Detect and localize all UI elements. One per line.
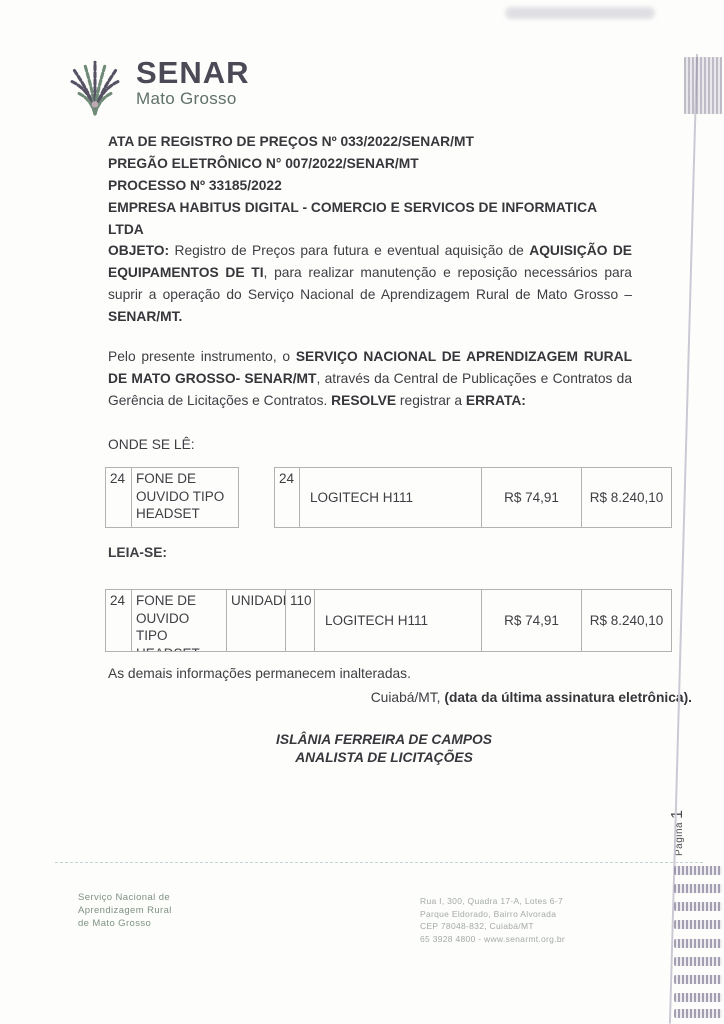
place-date-line: Cuiabá/MT, (data da última assinatura el… xyxy=(108,690,692,705)
scan-corner-texture xyxy=(684,57,722,114)
scan-edge-mark xyxy=(674,884,722,893)
scan-edge-mark xyxy=(674,902,722,911)
leia-item-cell: 24 xyxy=(105,589,132,652)
logo-brand-text: SENAR xyxy=(136,58,250,88)
scan-edge-mark xyxy=(674,866,722,875)
leia-quantity-cell: 110 xyxy=(285,589,315,652)
leia-description-cell: FONE DE OUVIDO TIPO HEADSET xyxy=(131,589,227,652)
scan-edge-mark xyxy=(674,957,722,966)
scan-edge-mark xyxy=(674,920,722,929)
scan-edge-mark xyxy=(674,1009,722,1018)
scan-edge-mark xyxy=(674,975,722,984)
onde-unit-price-cell: R$ 74,91 xyxy=(481,467,582,528)
heading-processo: PROCESSO Nº 33185/2022 xyxy=(108,175,632,197)
heading-pregao: PREGÃO ELETRÔNICO N° 007/2022/SENAR/MT xyxy=(108,153,632,175)
footer-address: Rua I, 300, Quadra 17-A, Lotes 6-7 Parqu… xyxy=(420,895,565,945)
signer-name: ISLÂNIA FERREIRA DE CAMPOS xyxy=(108,731,660,749)
onde-se-le-table: 24 FONE DE OUVIDO TIPO HEADSET 24 LOGITE… xyxy=(105,467,672,528)
leia-brand-cell: LOGITECH H111 xyxy=(314,589,482,652)
leia-se-table: 24 FONE DE OUVIDO TIPO HEADSET UNIDADE 1… xyxy=(105,589,672,652)
heading-ata: ATA DE REGISTRO DE PREÇOS Nº 033/2022/SE… xyxy=(108,131,632,153)
scan-edge-mark xyxy=(674,939,722,948)
page-indicator-number: 1 xyxy=(669,810,687,819)
heading-empresa: EMPRESA HABITUS DIGITAL - COMERCIO E SER… xyxy=(108,197,632,241)
leia-se-label: LEIA-SE: xyxy=(108,545,167,560)
objeto-label: OBJETO: xyxy=(108,243,169,258)
logo-region-text: Mato Grosso xyxy=(136,89,250,108)
objeto-paragraph: OBJETO: Registro de Preços para futura e… xyxy=(108,240,632,328)
onde-total-price-cell: R$ 8.240,10 xyxy=(581,467,672,528)
signer-role: ANALISTA DE LICITAÇÕES xyxy=(108,749,660,767)
scan-page-edge-line xyxy=(669,54,698,1024)
onde-item-cell: 24 xyxy=(105,467,132,528)
leia-unit-cell: UNIDADE xyxy=(226,589,286,652)
onde-quantity-cell: 24 xyxy=(274,467,300,528)
page-indicator: Página 1 xyxy=(669,803,687,863)
document-heading: ATA DE REGISTRO DE PREÇOS Nº 033/2022/SE… xyxy=(108,131,632,241)
footer-separator-line xyxy=(55,862,703,863)
leia-total-price-cell: R$ 8.240,10 xyxy=(581,589,672,652)
unchanged-note: As demais informações permanecem inalter… xyxy=(108,666,411,681)
onde-unit-cell-empty xyxy=(238,467,275,528)
preamble-paragraph: Pelo presente instrumento, o SERVIÇO NAC… xyxy=(108,346,632,412)
footer-organization: Serviço Nacional de Aprendizagem Rural d… xyxy=(78,891,172,930)
senar-wheat-icon xyxy=(58,54,132,120)
leia-unit-price-cell: R$ 74,91 xyxy=(481,589,582,652)
scan-edge-mark xyxy=(674,993,722,1002)
onde-description-cell: FONE DE OUVIDO TIPO HEADSET xyxy=(131,467,239,528)
scan-smudge xyxy=(505,7,655,19)
onde-brand-cell: LOGITECH H111 xyxy=(299,467,482,528)
onde-se-le-label: ONDE SE LÊ: xyxy=(108,437,195,452)
senar-logo: SENAR Mato Grosso xyxy=(58,54,250,120)
signature-block: ISLÂNIA FERREIRA DE CAMPOS ANALISTA DE L… xyxy=(108,731,660,767)
